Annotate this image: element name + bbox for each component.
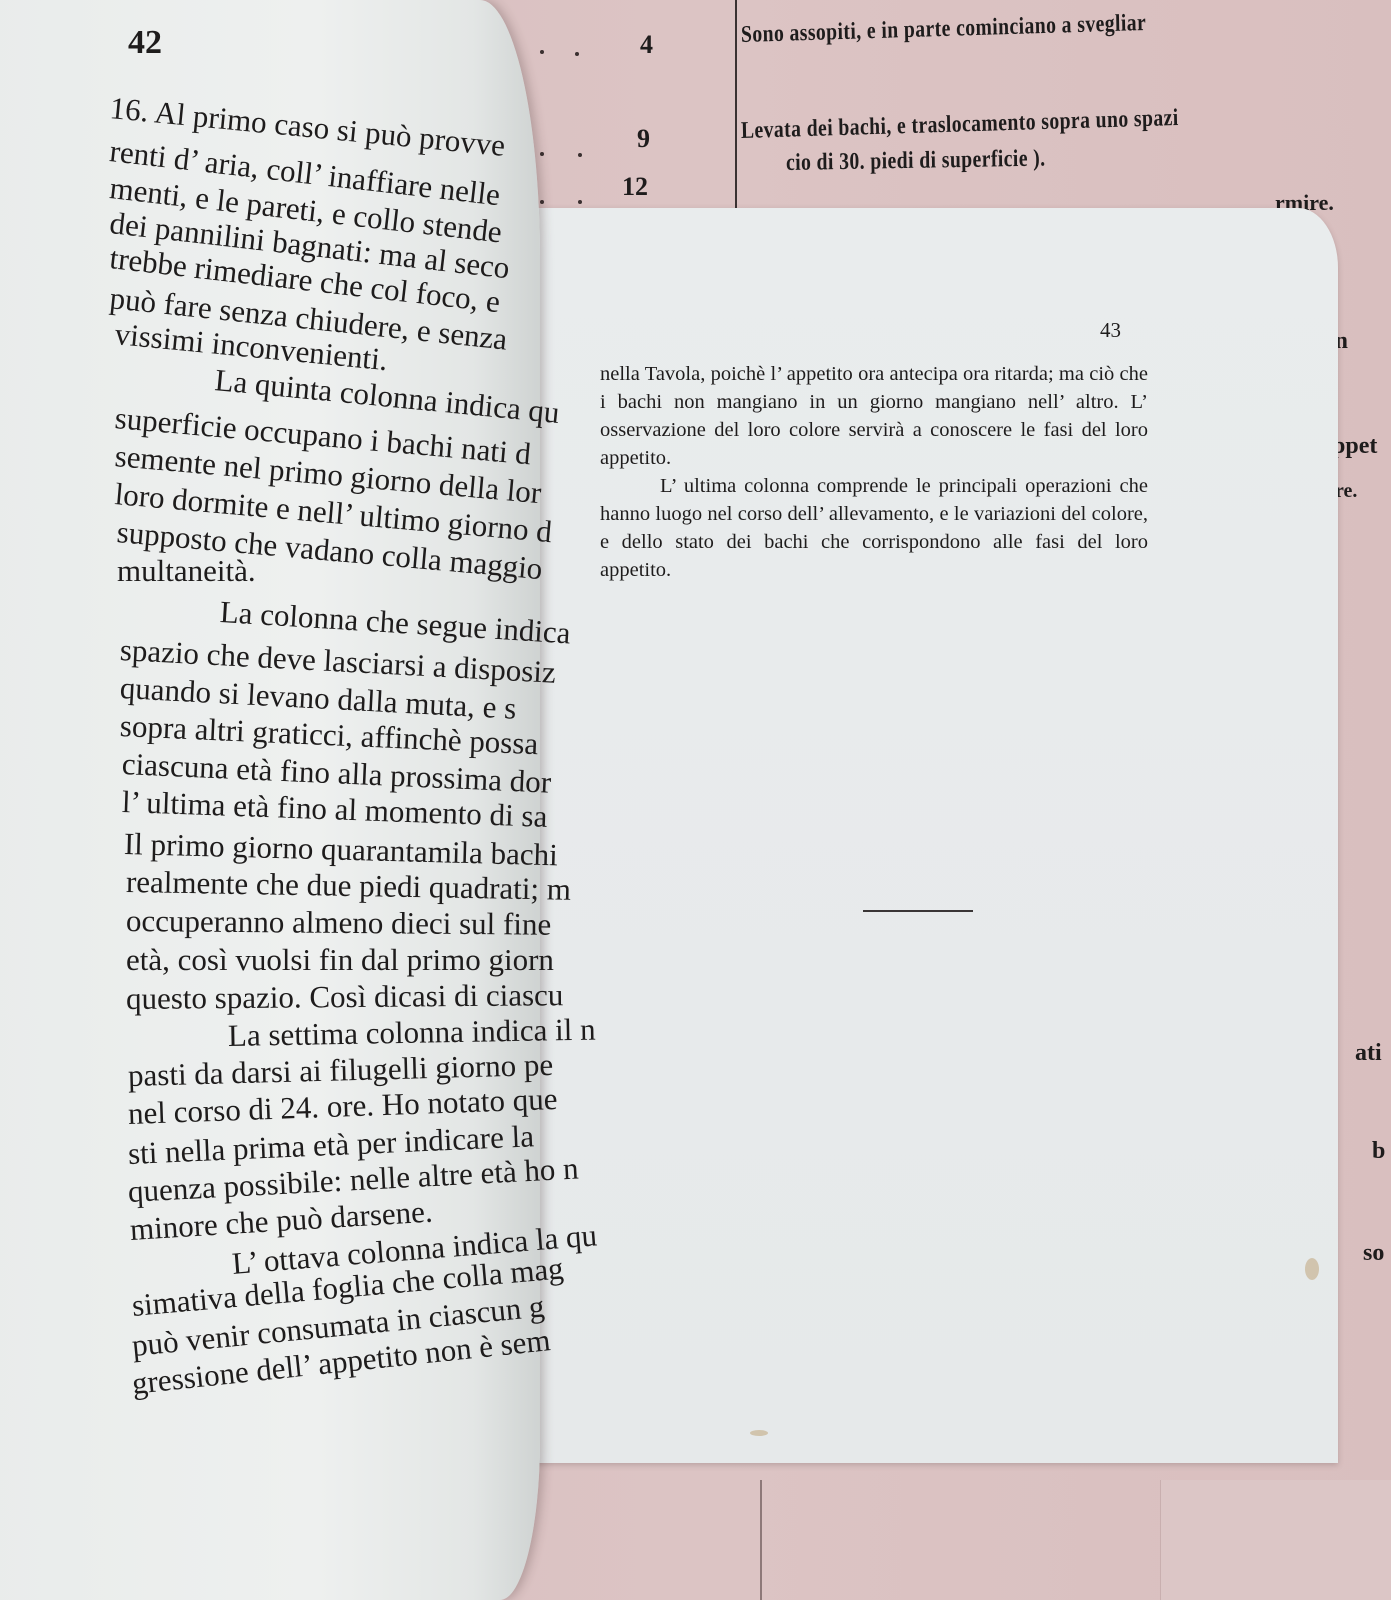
table-text-fragment: ppet — [1332, 433, 1377, 460]
leader-dot — [578, 153, 582, 157]
table-text-fragment: so — [1363, 1240, 1384, 1267]
paper-stain — [1305, 1258, 1319, 1280]
table-column-divider-bottom — [760, 1480, 762, 1600]
text-line: Il primo giorno quarantamila bachi — [124, 828, 559, 870]
page-body-text: nella Tavola, poichè l’ appetito ora ant… — [600, 360, 1148, 584]
table-row-text-continued: cio di 30. piedi di superficie ). — [786, 146, 1046, 177]
text-line: La settima colonna indica il n — [228, 1014, 596, 1051]
leader-dot — [578, 200, 582, 204]
leader-dot — [540, 50, 544, 54]
text-line: realmente che due piedi quadrati; m — [126, 866, 571, 905]
text-line: multaneità. — [117, 555, 256, 586]
leader-dot — [540, 152, 544, 156]
page-number: 43 — [1100, 318, 1121, 343]
paragraph: L’ ultima colonna comprende le principal… — [600, 472, 1148, 584]
text-line: questo spazio. Così dicasi di ciascu — [126, 979, 564, 1014]
table-text-fragment: ati — [1355, 1040, 1382, 1067]
text-line: occuperanno almeno dieci sul fine — [126, 905, 551, 940]
table-text-fragment: b — [1372, 1138, 1385, 1165]
section-end-rule — [863, 910, 973, 912]
book-page-42: 42 16. Al primo caso si può provve renti… — [0, 0, 540, 1600]
book-page-43: 43 nella Tavola, poichè l’ appetito ora … — [505, 208, 1338, 1463]
table-row-number: 9 — [637, 124, 650, 154]
table-column-divider — [735, 0, 737, 210]
leader-dot — [575, 52, 579, 56]
table-panel-bottom — [1160, 1480, 1391, 1600]
paragraph: nella Tavola, poichè l’ appetito ora ant… — [600, 360, 1148, 472]
table-row-number: 12 — [622, 172, 648, 202]
table-row-number: 4 — [640, 30, 653, 60]
leader-dot — [540, 200, 544, 204]
table-text-fragment: re. — [1335, 480, 1357, 503]
text-line: età, così vuolsi fin dal primo giorn — [126, 944, 554, 975]
page-number: 42 — [128, 24, 162, 62]
paper-stain — [750, 1430, 768, 1436]
